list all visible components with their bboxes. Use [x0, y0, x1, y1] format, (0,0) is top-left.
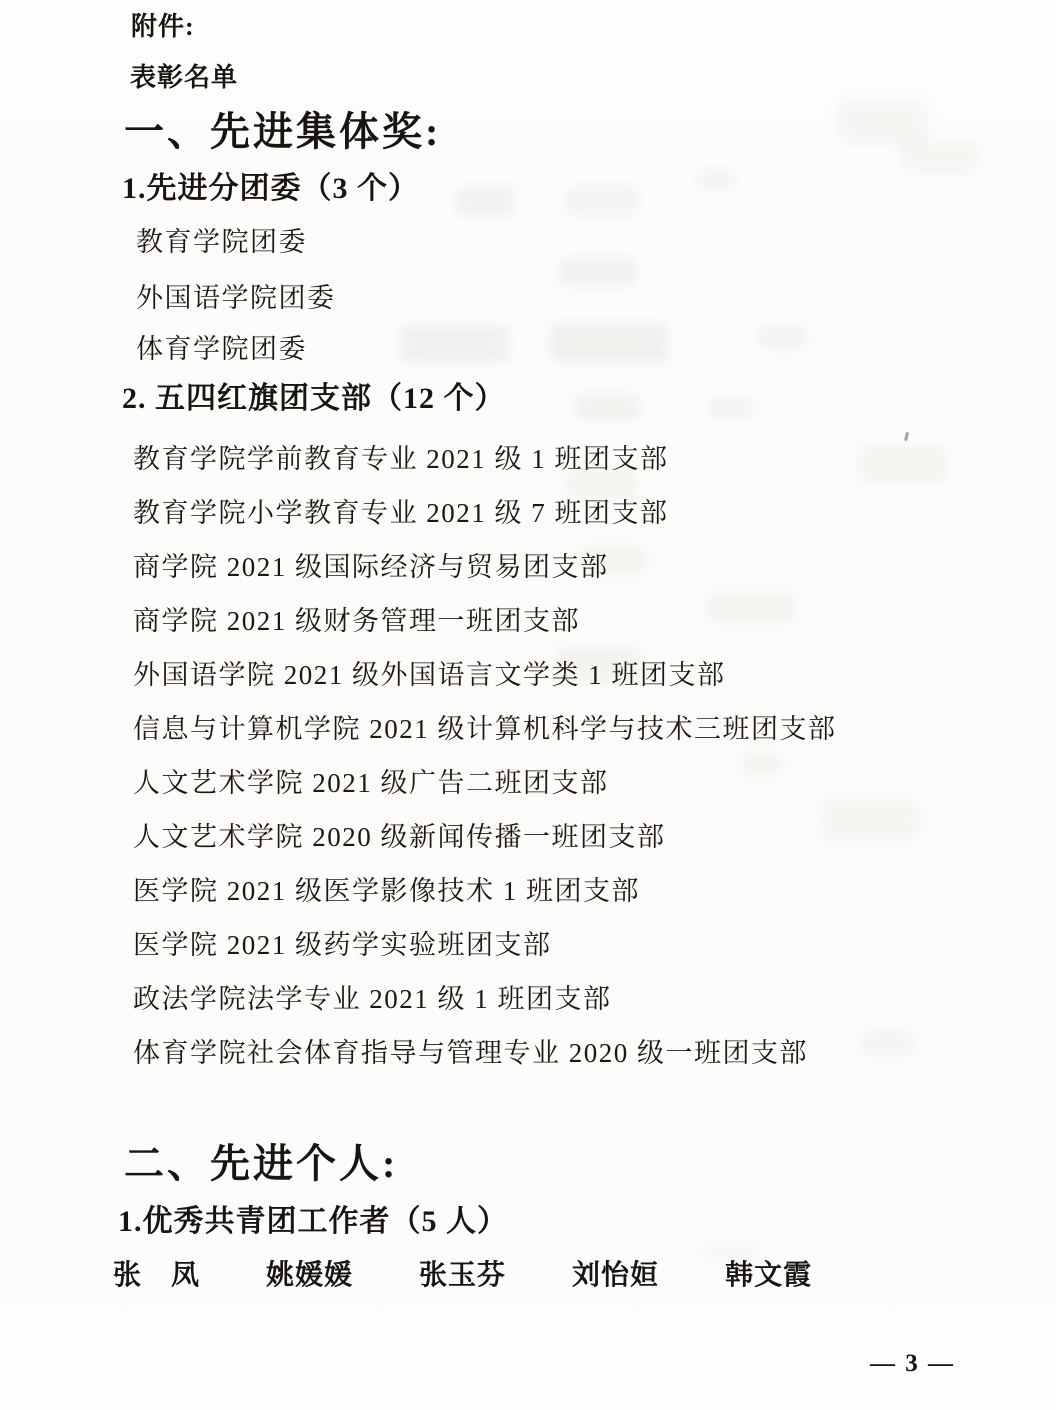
bleed-through-artifact — [900, 140, 980, 175]
bleed-through-artifact — [695, 168, 737, 190]
list-item: 医学院 2021 级药学实验班团支部 — [133, 931, 552, 961]
list-item: 体育学院社会体育指导与管理专业 2020 级一班团支部 — [133, 1039, 808, 1069]
list-item: 教育学院团委 — [136, 228, 307, 258]
bleed-through-artifact — [742, 753, 782, 775]
scan-speck-artifact — [904, 432, 909, 441]
list-item: 人文艺术学院 2020 级新闻传播一班团支部 — [133, 823, 666, 853]
subsection-1-1-title: 1.先进分团委（3 个） — [122, 172, 419, 205]
list-item: 政法学院法学专业 2021 级 1 班团支部 — [133, 985, 612, 1015]
bleed-through-artifact — [558, 257, 638, 287]
list-item: 医学院 2021 级医学影像技术 1 班团支部 — [133, 877, 640, 907]
subsection-2-1-title: 1.优秀共青团工作者（5 人） — [118, 1205, 508, 1238]
bleed-through-artifact — [860, 1030, 915, 1056]
section-2-heading: 二、先进个人: — [124, 1142, 398, 1186]
document-title: 表彰名单 — [130, 64, 238, 93]
list-item: 体育学院团委 — [136, 335, 307, 365]
bleed-through-artifact — [565, 185, 640, 217]
list-item: 商学院 2021 级财务管理一班团支部 — [133, 607, 580, 637]
awardee-name: 刘怡姮 — [572, 1261, 659, 1292]
attachment-label: 附件: — [131, 13, 195, 42]
awardee-name: 韩文霞 — [725, 1261, 812, 1292]
list-item: 商学院 2021 级国际经济与贸易团支部 — [133, 553, 609, 583]
page-number: — 3 — — [870, 1350, 955, 1378]
section-1-heading: 一、先进集体奖: — [124, 110, 441, 154]
bleed-through-artifact — [575, 393, 640, 421]
bleed-through-artifact — [707, 397, 753, 419]
bleed-through-artifact — [857, 445, 947, 483]
bleed-through-artifact — [820, 800, 920, 840]
bleed-through-artifact — [838, 100, 928, 145]
awardee-name-row: 张 凤 姚媛媛 张玉芬 刘怡姮 韩文霞 — [113, 1261, 812, 1292]
list-item: 外国语学院团委 — [136, 284, 336, 314]
bleed-through-artifact — [707, 592, 795, 622]
subsection-1-2-title: 2. 五四红旗团支部（12 个） — [122, 382, 506, 415]
awardee-name: 张玉芬 — [419, 1261, 506, 1292]
list-item: 教育学院学前教育专业 2021 级 1 班团支部 — [133, 445, 669, 475]
list-item: 外国语学院 2021 级外国语言文学类 1 班团支部 — [133, 661, 726, 691]
scanned-document-page: 附件: 表彰名单 一、先进集体奖: 1.先进分团委（3 个） 教育学院团委 外国… — [0, 0, 1056, 1410]
bleed-through-artifact — [758, 325, 808, 351]
bleed-through-artifact — [550, 323, 668, 363]
bleed-through-artifact — [455, 185, 515, 217]
list-item: 教育学院小学教育专业 2021 级 7 班团支部 — [133, 499, 669, 529]
list-item: 人文艺术学院 2021 级广告二班团支部 — [133, 769, 609, 799]
awardee-name: 张 凤 — [113, 1261, 200, 1292]
awardee-name: 姚媛媛 — [266, 1261, 353, 1292]
bleed-through-artifact — [400, 325, 510, 363]
list-item: 信息与计算机学院 2021 级计算机科学与技术三班团支部 — [133, 715, 837, 745]
